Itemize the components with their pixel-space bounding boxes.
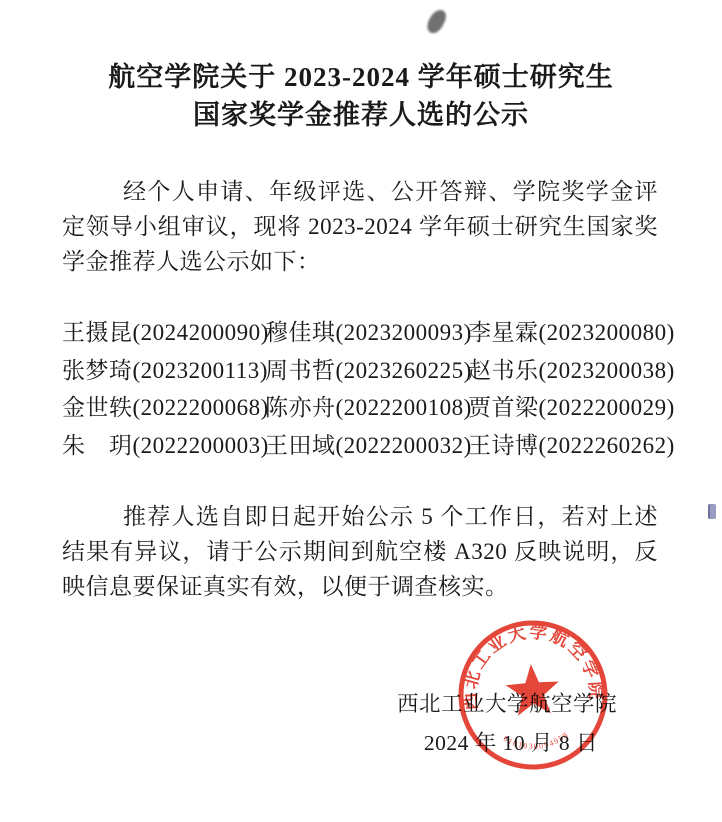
- scan-edge-artifact: [708, 504, 716, 519]
- document-title: 航空学院关于 2023-2024 学年硕士研究生 国家奖学金推荐人选的公示: [0, 58, 722, 134]
- candidate-entry: 王田域(2022200032): [265, 427, 468, 465]
- candidate-entry: 贾首梁(2022200029): [468, 389, 675, 427]
- candidate-list: 王摄昆(2024200090) 穆佳琪(2023200093) 李星霖(2023…: [62, 314, 668, 464]
- document-page: 航空学院关于 2023-2024 学年硕士研究生 国家奖学金推荐人选的公示 经个…: [0, 0, 722, 822]
- candidate-entry: 王摄昆(2024200090): [62, 314, 265, 352]
- candidate-entry: 赵书乐(2023200038): [468, 352, 675, 390]
- scan-smudge-artifact: [425, 7, 449, 36]
- candidate-entry: 金世轶(2022200068): [62, 389, 265, 427]
- title-line-2: 国家奖学金推荐人选的公示: [0, 96, 722, 134]
- candidate-entry: 王诗博(2022260262): [468, 427, 675, 465]
- candidate-entry: 陈亦舟(2022200108): [265, 389, 468, 427]
- seal-serial-number: 6101030094958: [501, 729, 571, 753]
- svg-text:6101030094958: 6101030094958: [501, 729, 571, 753]
- candidate-entry: 李星霖(2023200080): [468, 314, 675, 352]
- official-seal: 西北工业大学航空学院 6101030094958: [448, 610, 619, 781]
- candidate-entry: 朱 玥(2022200003): [62, 427, 265, 465]
- candidate-entry: 穆佳琪(2023200093): [265, 314, 468, 352]
- intro-paragraph: 经个人申请、年级评选、公开答辩、学院奖学金评定领导小组审议，现将 2023-20…: [62, 174, 658, 279]
- notice-paragraph: 推荐人选自即日起开始公示 5 个工作日，若对上述结果有异议，请于公示期间到航空楼…: [62, 499, 658, 604]
- candidate-entry: 张梦琦(2023200113): [62, 352, 265, 390]
- title-line-1: 航空学院关于 2023-2024 学年硕士研究生: [0, 58, 722, 96]
- candidate-entry: 周书哲(2023260225): [265, 352, 468, 390]
- seal-star-icon: [504, 662, 561, 716]
